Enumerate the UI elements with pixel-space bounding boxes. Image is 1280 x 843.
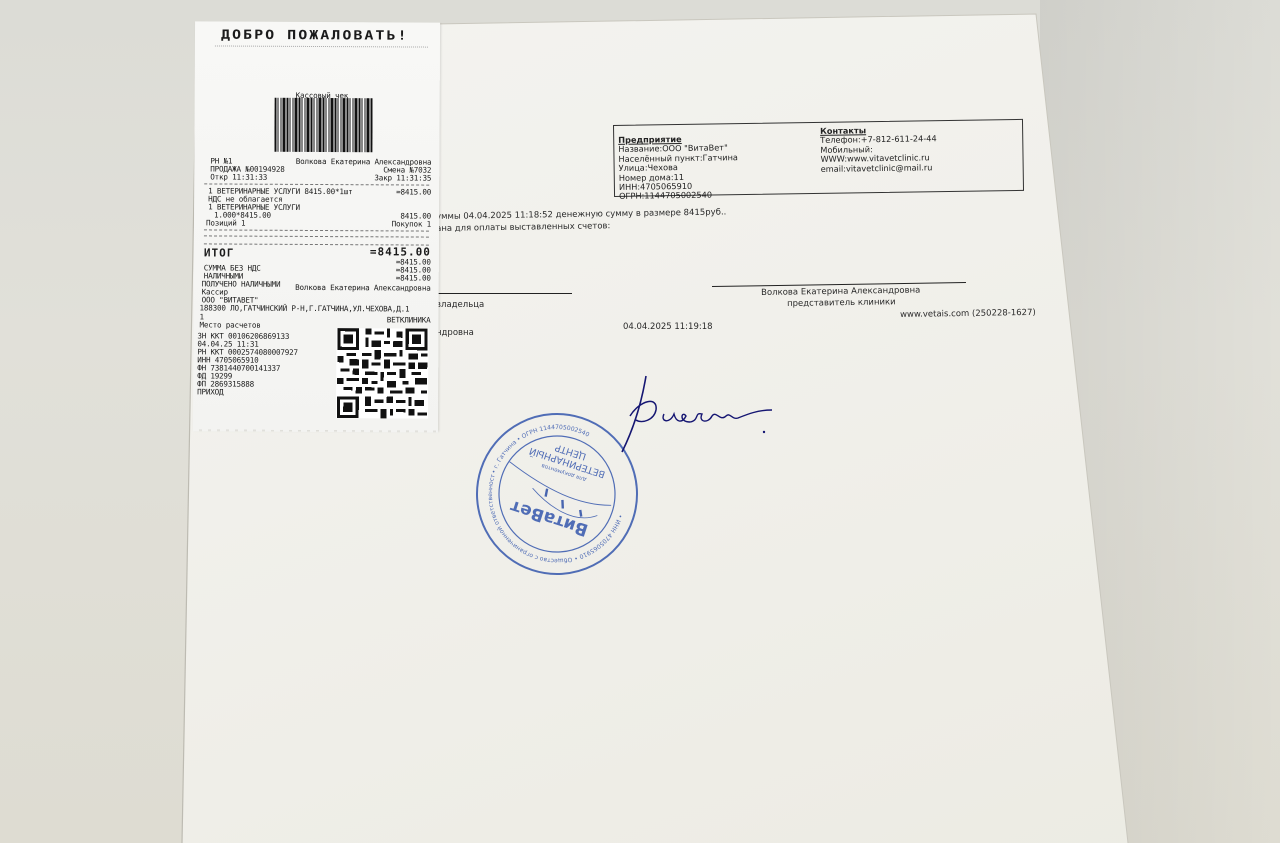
receipt-divider [204,235,429,237]
cashier-name: Волкова Екатерина Александровна [295,284,431,293]
place-value: ВЕТКЛИНИКА [387,316,431,324]
total-label: ИТОГ [204,249,235,257]
purchases-count: Покупок 1 [392,220,431,228]
positions-count: Позиций 1 [206,219,245,227]
received-value: =8415.00 [396,274,431,282]
printed-timestamp: 04.04.2025 11:19:18 [623,322,713,332]
fiscal-qr-code [336,328,428,418]
place-label: Место расчетов [199,321,260,330]
receipt-divider [204,229,429,231]
receipt-barcode [274,98,372,153]
cash-receipt: ДОБРО ПОЖАЛОВАТЬ! Кассовый чек РН №1 Вол… [193,21,440,430]
org-address: 188300 ЛО,ГАТЧИНСКИЙ Р-Н,Г.ГАТЧИНА,УЛ.ЧЕ… [200,304,410,313]
enterprise-section: Предприятие Название:ООО "ВитаВет" Насел… [618,134,738,202]
enterprise-line: ОГРН:1144705002540 [619,191,739,202]
total-value: =8415.00 [370,248,431,257]
receipt-dotted-divider [215,45,428,47]
fiscal-line: ПРИХОД [197,388,223,396]
owner-signature-line [436,293,572,294]
rep-caption: представитель клиники [787,297,896,309]
item-total: =8415.00 [396,188,431,196]
software-website: www.vetais.com (250228-1627) [900,308,1036,320]
receipt-welcome: ДОБРО ПОЖАЛОВАТЬ! [221,27,409,43]
receipt-divider [204,183,429,185]
owner-caption: владельца [436,300,484,310]
owner-name: ндровна [436,328,474,338]
contacts-section: Контакты Телефон:+7-812-611-24-44 Мобиль… [820,125,937,174]
company-details-box: Предприятие Название:ООО "ВитаВет" Насел… [613,119,1024,197]
opened-time: Откр 11:31:33 [210,173,267,182]
contacts-line: email:vitavetclinic@mail.ru [821,163,938,174]
handwritten-signature [612,370,792,460]
closed-time: Закр 11:31:35 [374,174,431,183]
receipt-torn-edge [193,421,438,432]
